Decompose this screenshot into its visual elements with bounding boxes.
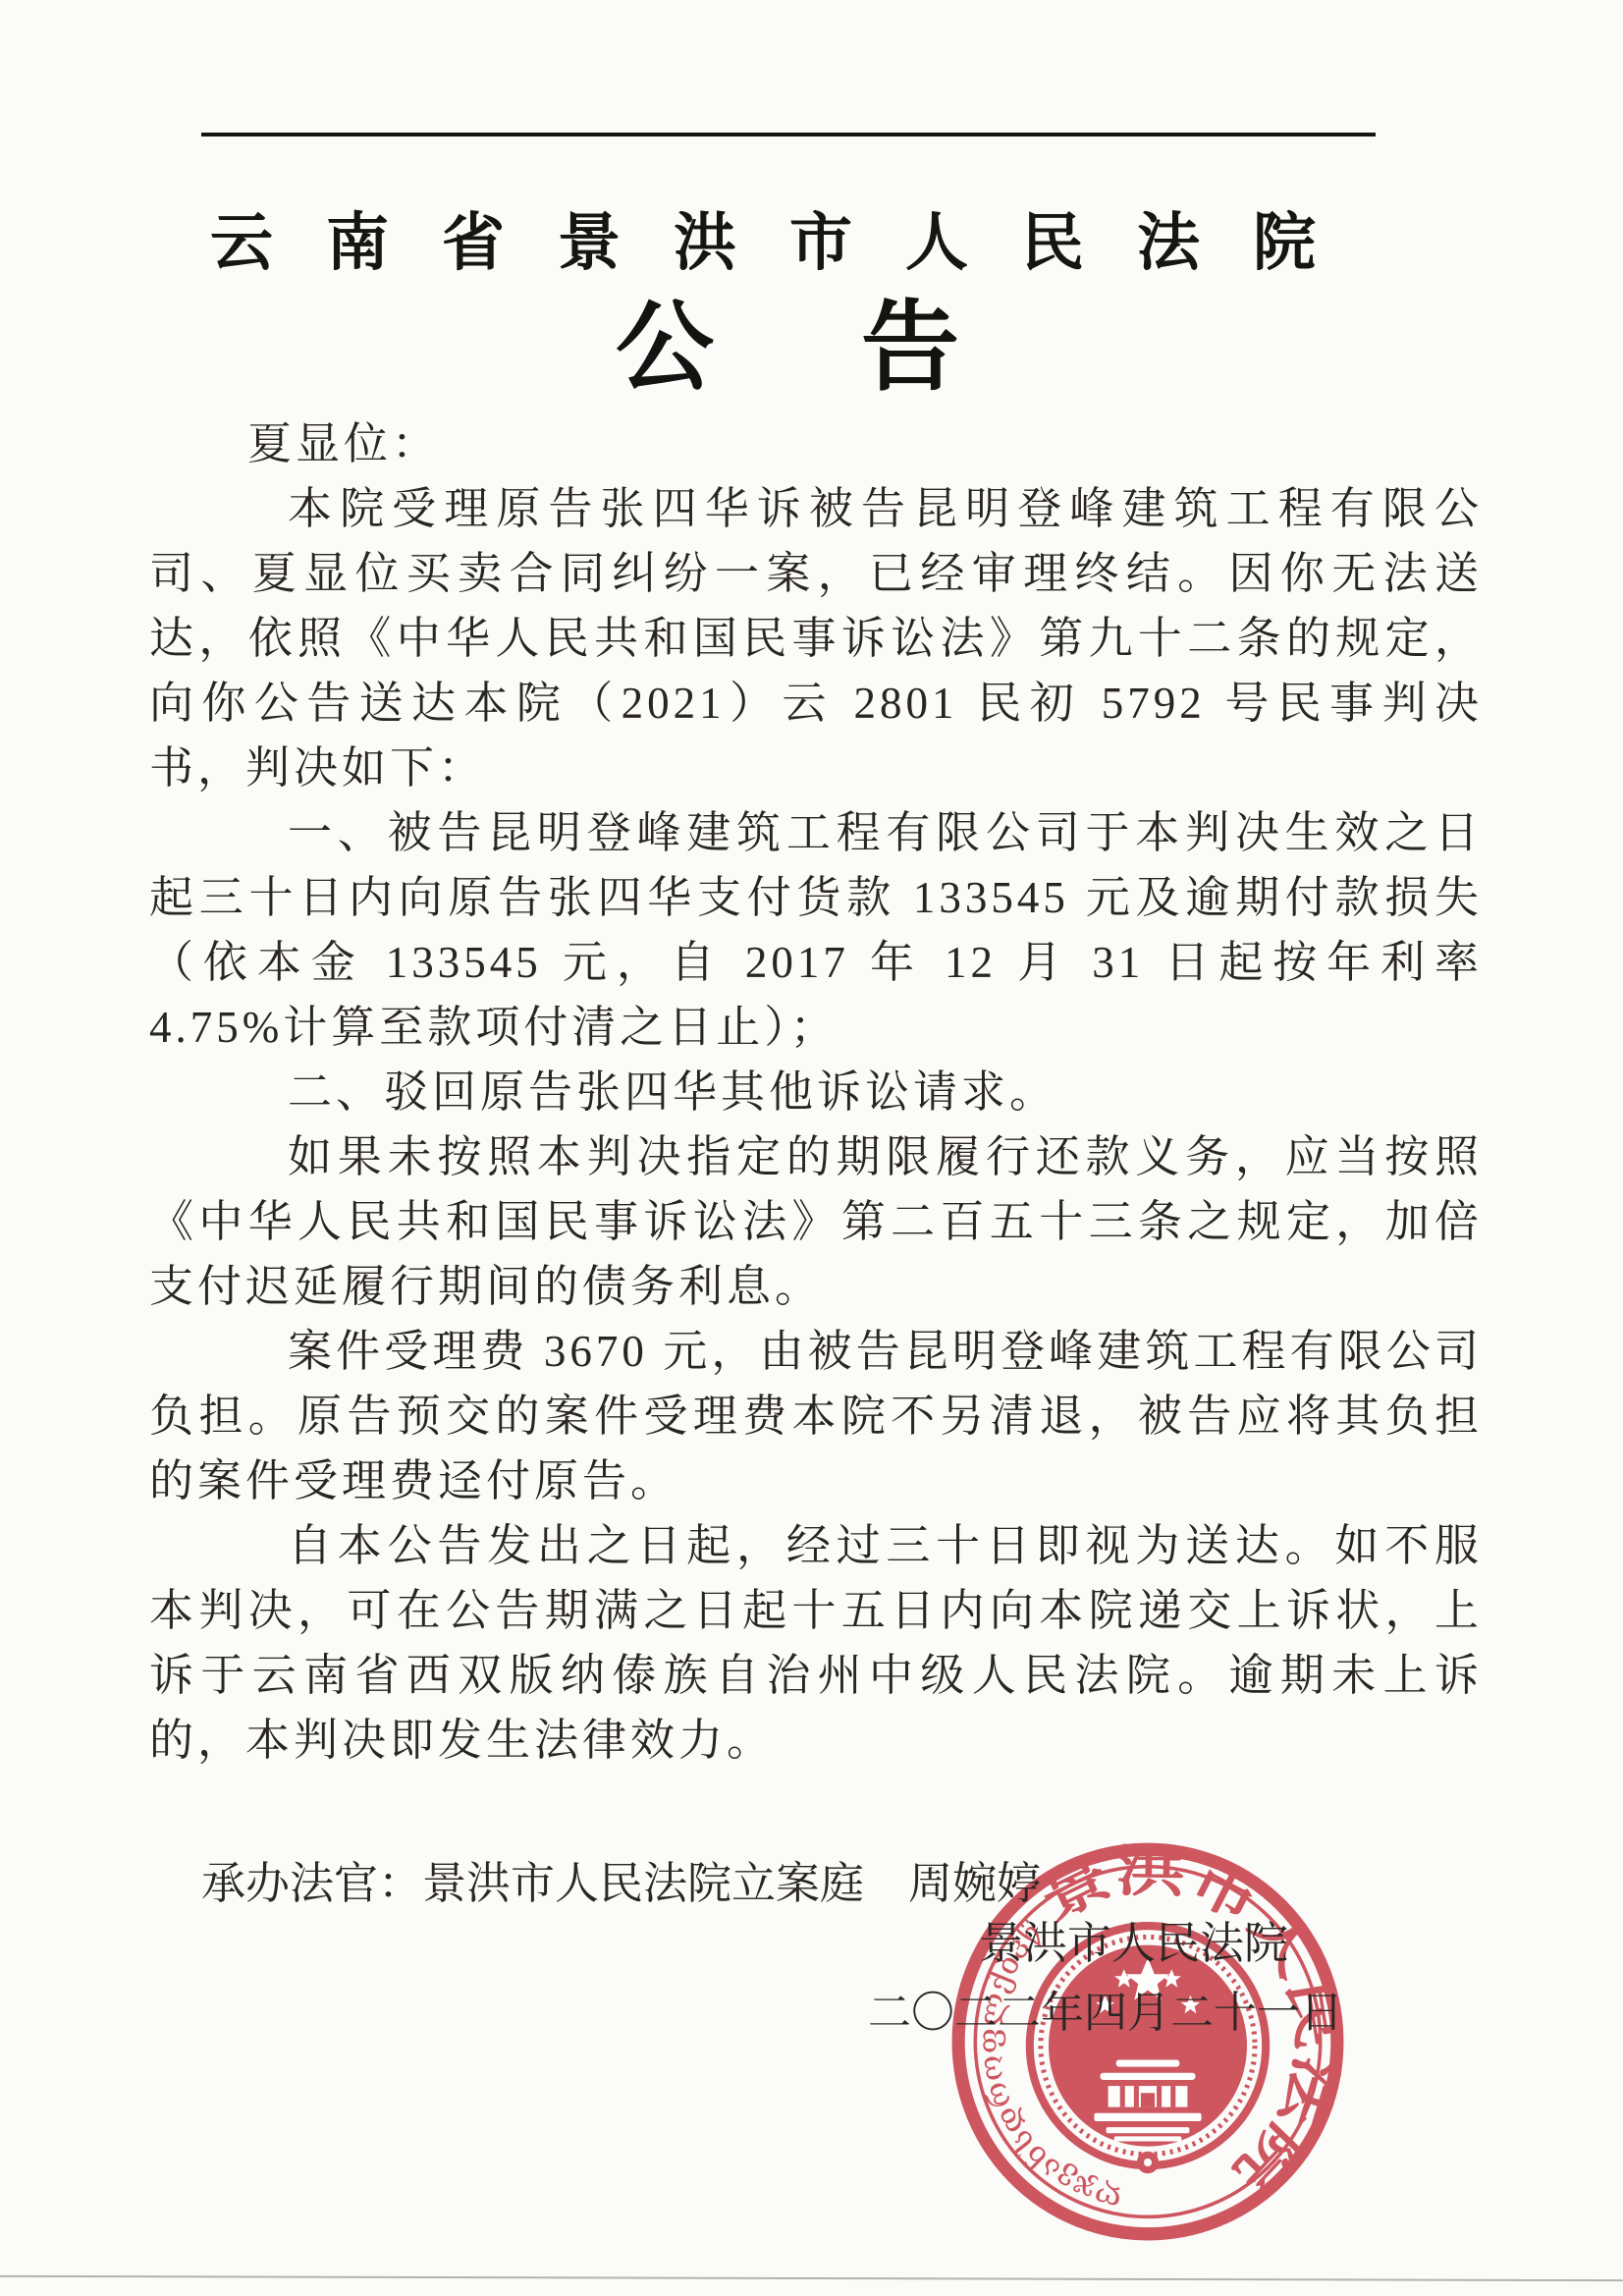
body-paragraph: 案件受理费 3670 元，由被告昆明登峰建筑工程有限公司负担。原告预交的案件受理… xyxy=(149,1319,1483,1513)
date-line: 二〇二二年四月二十一日 xyxy=(868,1989,1343,2038)
body-paragraph: 本院受理原告张四华诉被告昆明登峰建筑工程有限公司、夏显位买卖合同纠纷一案，已经审… xyxy=(149,476,1483,800)
announcement-body: 夏显位： 本院受理原告张四华诉被告昆明登峰建筑工程有限公司、夏显位买卖合同纠纷一… xyxy=(149,411,1483,1773)
court-signature: 景洪市人民法院 xyxy=(979,1919,1288,1968)
document-title: 公告 xyxy=(616,298,1107,400)
scan-top-rule xyxy=(201,133,1376,137)
judge-signature-line: 承办法官：景洪市人民法院立案庭 周婉婷 xyxy=(201,1858,1041,1909)
addressee-line: 夏显位： xyxy=(149,411,1483,476)
scanned-court-announcement-page: 云南省景洪市人民法院 公告 夏显位： 本院受理原告张四华诉被告昆明登峰建筑工程有… xyxy=(0,0,1623,2296)
body-paragraph: 自本公告发出之日起，经过三十日即视为送达。如不服本判决，可在公告期满之日起十五日… xyxy=(149,1513,1483,1773)
court-title: 云南省景洪市人民法院 xyxy=(210,208,1369,279)
body-paragraph: 如果未按照本判决指定的期限履行还款义务，应当按照《中华人民共和国民事诉讼法》第二… xyxy=(149,1124,1483,1319)
scan-bottom-rule xyxy=(0,2275,1623,2281)
body-paragraph: 一、被告昆明登峰建筑工程有限公司于本判决生效之日起三十日内向原告张四华支付货款 … xyxy=(149,800,1483,1060)
body-paragraph: 二、驳回原告张四华其他诉讼请求。 xyxy=(149,1060,1483,1124)
